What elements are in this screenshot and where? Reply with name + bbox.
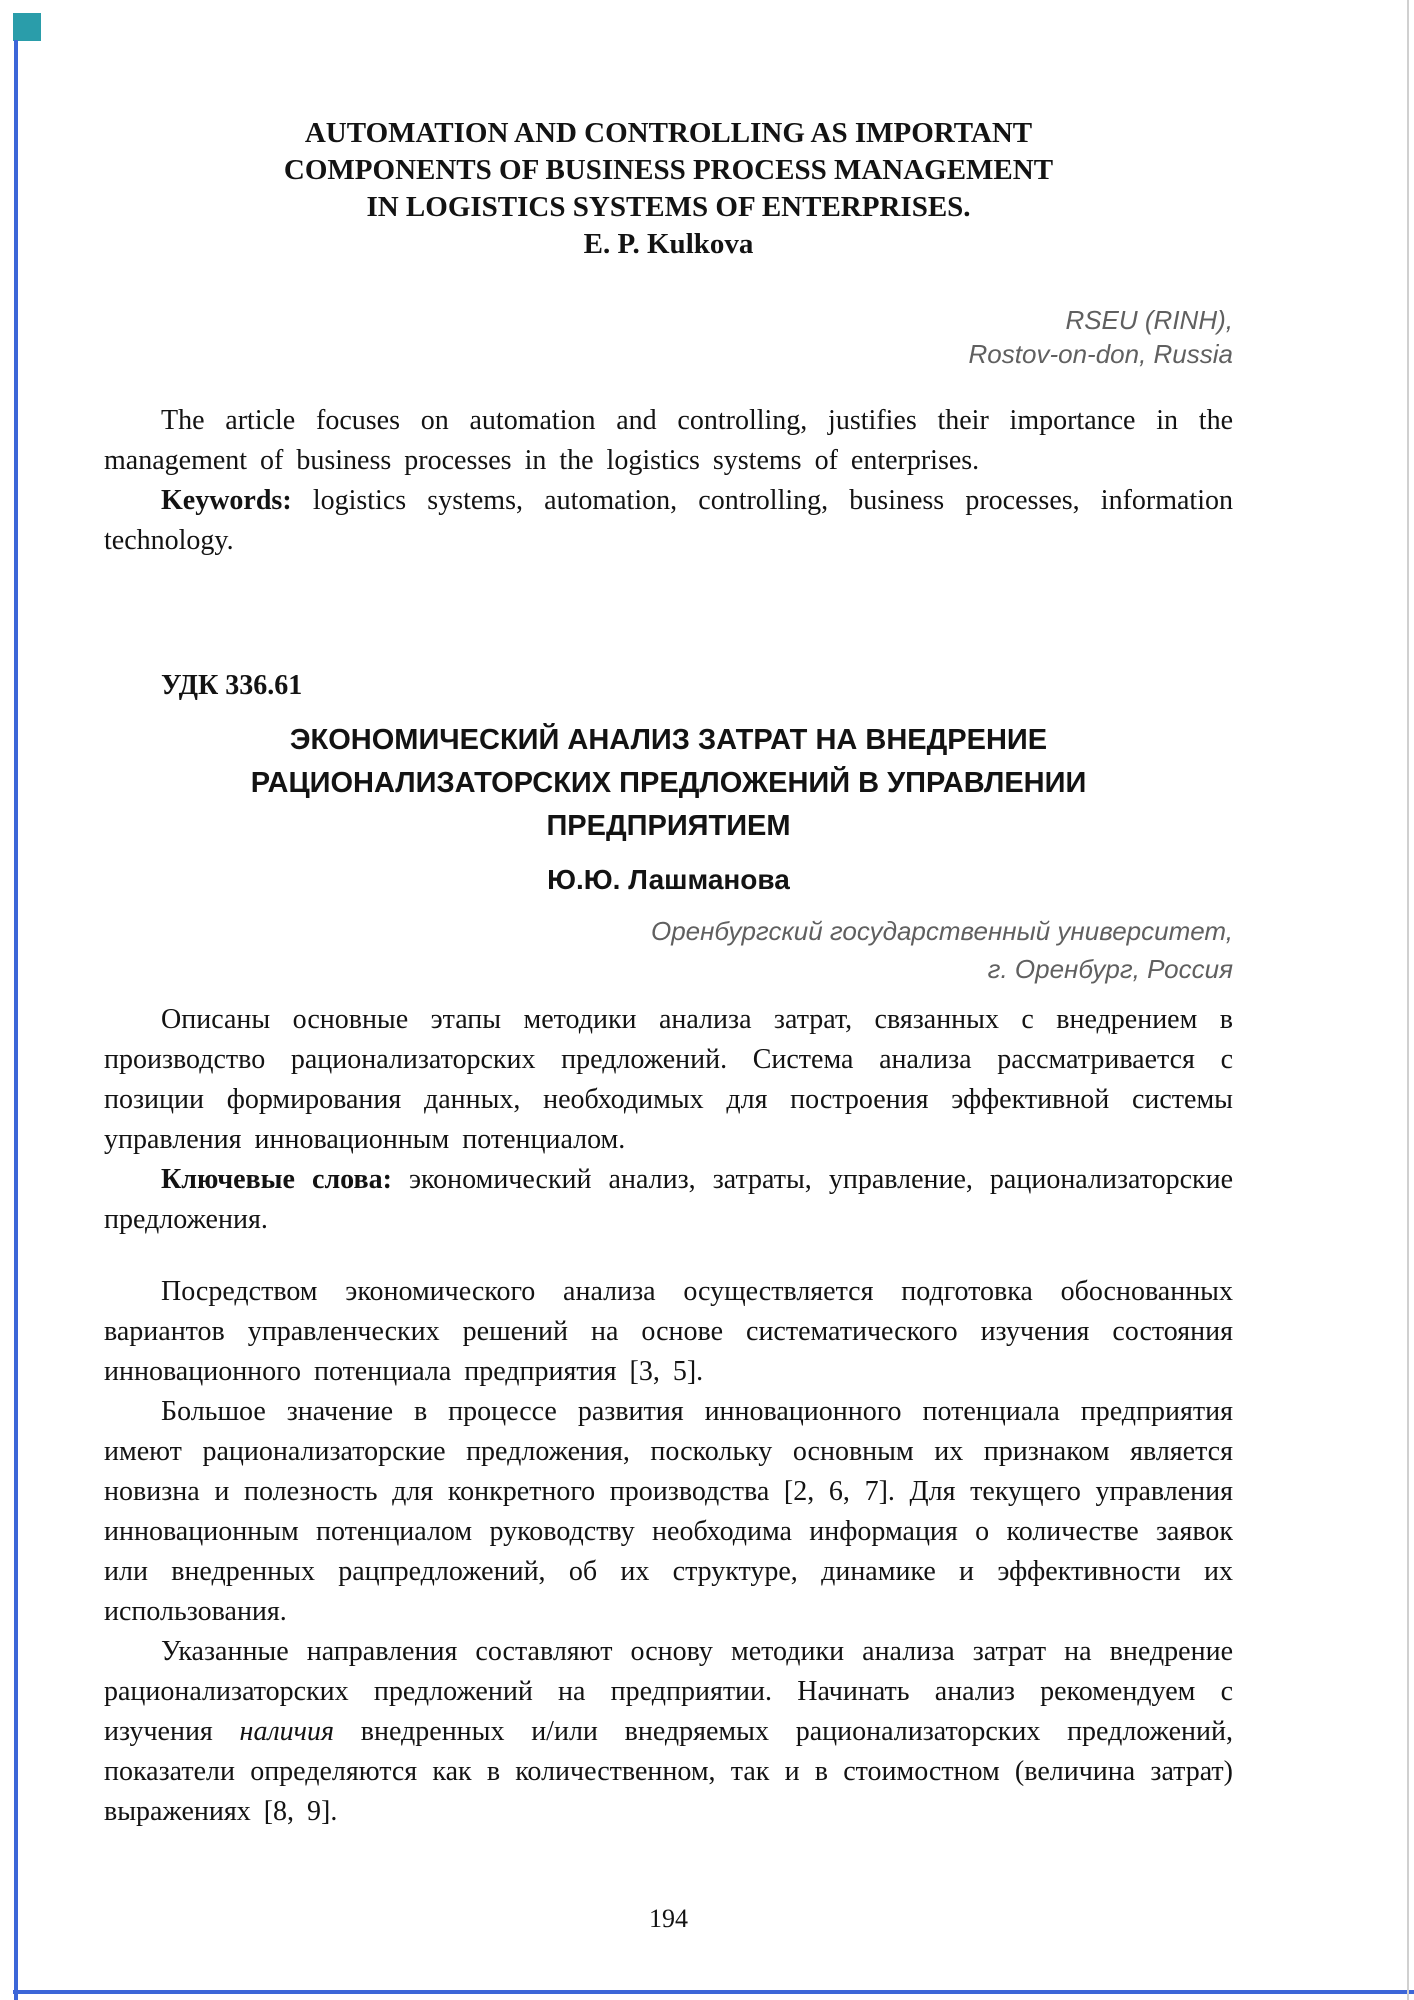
- article-ru-abstract: Описаны основные этапы методики анализа …: [104, 1000, 1233, 1160]
- scan-corner-marker: [13, 13, 41, 41]
- article-en-abstract: The article focuses on automation and co…: [104, 401, 1233, 481]
- article-ru-affiliation-line-1: Оренбургский государственный университет…: [651, 916, 1233, 946]
- article-ru-title-line-1: ЭКОНОМИЧЕСКИЙ АНАЛИЗ ЗАТРАТ НА ВНЕДРЕНИЕ: [104, 719, 1233, 762]
- article-ru-affiliation-line-2: г. Оренбург, Россия: [988, 954, 1233, 984]
- body-paragraph-3-italic-word: наличия: [240, 1716, 334, 1747]
- article-ru-title: ЭКОНОМИЧЕСКИЙ АНАЛИЗ ЗАТРАТ НА ВНЕДРЕНИЕ…: [104, 719, 1233, 848]
- page-content: AUTOMATION AND CONTROLLING AS IMPORTANT …: [0, 0, 1414, 1832]
- document-page: AUTOMATION AND CONTROLLING AS IMPORTANT …: [0, 0, 1414, 2000]
- article-en-title-line-3: IN LOGISTICS SYSTEMS OF ENTERPRISES.: [104, 189, 1233, 226]
- page-number: 194: [104, 1904, 1233, 1934]
- article-ru-title-line-3: ПРЕДПРИЯТИЕМ: [104, 805, 1233, 848]
- article-en-affiliation: RSEU (RINH), Rostov-on-don, Russia: [104, 303, 1233, 371]
- body-paragraph-2: Большое значение в процессе развития инн…: [104, 1392, 1233, 1632]
- article-en-keywords-label: Keywords:: [161, 485, 292, 516]
- article-en-title: AUTOMATION AND CONTROLLING AS IMPORTANT …: [104, 115, 1233, 226]
- article-ru-udc: УДК 336.61: [161, 669, 1233, 703]
- article-en-title-line-2: COMPONENTS OF BUSINESS PROCESS MANAGEMEN…: [104, 152, 1233, 189]
- article-ru-keywords-label: Ключевые слова:: [161, 1164, 392, 1195]
- scan-right-edge-line: [1407, 0, 1409, 2000]
- scan-bottom-border-line: [13, 1990, 1414, 1994]
- scan-left-border-line: [14, 40, 18, 2000]
- article-en-affiliation-line-2: Rostov-on-don, Russia: [969, 339, 1233, 369]
- article-ru-keywords: Ключевые слова: экономический анализ, за…: [104, 1160, 1233, 1240]
- article-en-keywords: Keywords: logistics systems, automation,…: [104, 481, 1233, 561]
- article-en-author: E. P. Kulkova: [104, 226, 1233, 263]
- body-paragraph-3: Указанные направления составляют основу …: [104, 1632, 1233, 1832]
- body-paragraph-1: Посредством экономического анализа осуще…: [104, 1272, 1233, 1392]
- article-ru-author: Ю.Ю. Лашманова: [104, 862, 1233, 898]
- article-en-affiliation-line-1: RSEU (RINH),: [1065, 305, 1233, 335]
- article-ru-affiliation: Оренбургский государственный университет…: [104, 912, 1233, 988]
- article-en-title-line-1: AUTOMATION AND CONTROLLING AS IMPORTANT: [104, 115, 1233, 152]
- article-ru-title-line-2: РАЦИОНАЛИЗАТОРСКИХ ПРЕДЛОЖЕНИЙ В УПРАВЛЕ…: [104, 762, 1233, 805]
